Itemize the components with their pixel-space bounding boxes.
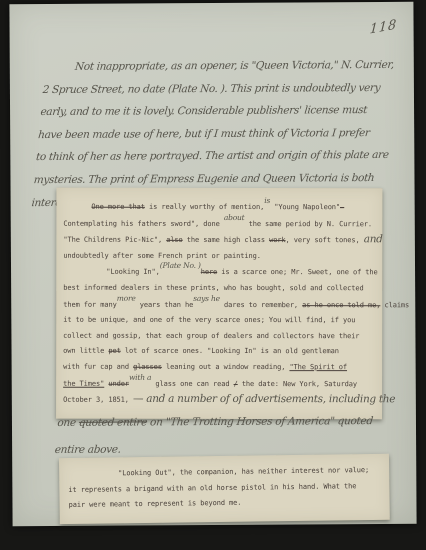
handwritten-text: and — [364, 233, 383, 245]
struck-text: One more that — [91, 203, 145, 211]
struck-text: work — [269, 236, 285, 244]
typed-line: October 3, 1851, — and a number of of ad… — [63, 392, 375, 409]
manuscript-page: 118 Not inappropriate, as an opener, is … — [9, 2, 416, 526]
typed-text: the same high class — [183, 236, 269, 244]
typed-text: pair were meant to represent is beyond m… — [69, 499, 242, 509]
struck-text: glasses — [133, 363, 162, 371]
typed-text: with fur cap and — [63, 363, 133, 371]
typed-line: it to be unique, and one of the very sca… — [63, 313, 375, 329]
typed-line: Contemplating his fathers sword", done a… — [63, 215, 375, 232]
handwritten-text: — and a number of of advertisements, inc… — [133, 393, 395, 405]
typed-text-block: One more that is really worthy of mentio… — [63, 199, 375, 409]
typed-line: own little pet lot of scarce ones. "Look… — [63, 344, 375, 360]
typed-text: undoubtedly after some French print or p… — [63, 251, 261, 259]
typed-text: is really worthy of mention, — [145, 203, 264, 211]
typed-line: the Times" underwith a glass one can rea… — [63, 375, 375, 392]
handwritten-insert: with a — [129, 372, 151, 381]
struck-text: pet — [108, 347, 120, 355]
typewritten-slip-bottom: "Looking Out", the companion, has neithe… — [59, 454, 390, 524]
handwritten-struck-text: quoted entire — [78, 416, 147, 428]
typewritten-slip-top: One more that is really worthy of mentio… — [56, 188, 382, 420]
handwritten-line: 2 Spruce Street, no date (Plate No. ). T… — [42, 76, 396, 101]
typed-line: "Looking In",(Plate No. )here is a scarc… — [63, 264, 375, 281]
handwritten-insert: is — [264, 196, 270, 205]
typed-line: them for manymore years than hesays he d… — [63, 296, 375, 313]
handwritten-text: on "The Trotting Horses of America" quot… — [146, 415, 373, 428]
typed-line: One more that is really worthy of mentio… — [63, 199, 375, 216]
typed-text: "Looking In", — [106, 268, 160, 276]
typed-text: , very soft tones, — [286, 236, 364, 244]
typed-text: it represents a brigand with an old hors… — [68, 482, 356, 494]
typed-text: it to be unique, and one of the very sca… — [63, 316, 355, 325]
handwritten-text: one — [57, 417, 80, 429]
handwritten-line: Not inappropriate, as an opener, is "Que… — [44, 54, 398, 79]
handwritten-insert: (Plate No. ) — [160, 261, 201, 270]
typed-text: is a scarce one; Mr. Sweet, one of the — [217, 268, 377, 276]
handwritten-line: to think of her as here portrayed. The a… — [35, 144, 389, 169]
handwritten-line: have been made use of here, but if I mus… — [37, 122, 391, 147]
struck-text: as he once told me, — [302, 301, 380, 309]
typed-line: collect and gossip, that each group of d… — [63, 328, 375, 344]
typed-text: best informed dealers in these prints, w… — [63, 284, 363, 293]
typed-text: October 3, 1851, — [63, 396, 133, 404]
typed-line: with fur cap and glasses leaning out a w… — [63, 360, 375, 376]
typed-text: "Young Napoleon" — [270, 203, 340, 211]
underlined-text: the Times" — [63, 379, 104, 387]
underlined-text: "The Spirit of — [289, 363, 347, 371]
typed-text: claims — [380, 301, 409, 309]
typed-text: years than he — [136, 300, 194, 308]
typed-text-block: "Looking Out", the companion, has neithe… — [68, 463, 381, 514]
typed-text: "Looking Out", the companion, has neithe… — [118, 466, 369, 477]
typed-text: the date: New York, Saturday — [238, 380, 357, 388]
handwritten-line: one quoted entire on "The Trotting Horse… — [56, 408, 404, 437]
typed-text: dares to remember, — [220, 301, 302, 309]
struck-text: — — [340, 203, 344, 211]
struck-text: here — [201, 268, 217, 276]
typed-text: leaning out a window reading, — [162, 363, 290, 371]
typed-line: undoubtedly after some French print or p… — [63, 248, 375, 264]
typed-text: lot of scarce ones. "Looking In" is an o… — [121, 347, 339, 355]
handwritten-text: entire above. — [54, 444, 121, 456]
handwritten-line: early, and to me it is lovely. Considera… — [39, 99, 393, 124]
typed-line: "The Childrens Pic-Nic", also the same h… — [63, 232, 375, 249]
handwritten-insert: about — [224, 213, 245, 222]
typed-text: "The Childrens Pic-Nic", — [63, 236, 166, 244]
handwritten-insert: says he — [193, 293, 220, 302]
typed-text: the same period by N. Currier. — [244, 220, 372, 228]
page-number: 118 — [369, 17, 397, 37]
typed-line: pair were meant to represent is beyond m… — [68, 494, 380, 514]
typed-text: Contemplating his fathers sword", done — [63, 219, 223, 227]
typed-text: them for many — [63, 300, 117, 308]
typed-text: glass one can read — [151, 379, 233, 387]
typed-text: own little — [63, 347, 108, 355]
struck-text: also — [166, 236, 182, 244]
struck-text: under — [108, 379, 129, 387]
typed-text: collect and gossip, that each group of d… — [63, 331, 359, 340]
handwritten-insert: more — [117, 293, 136, 302]
